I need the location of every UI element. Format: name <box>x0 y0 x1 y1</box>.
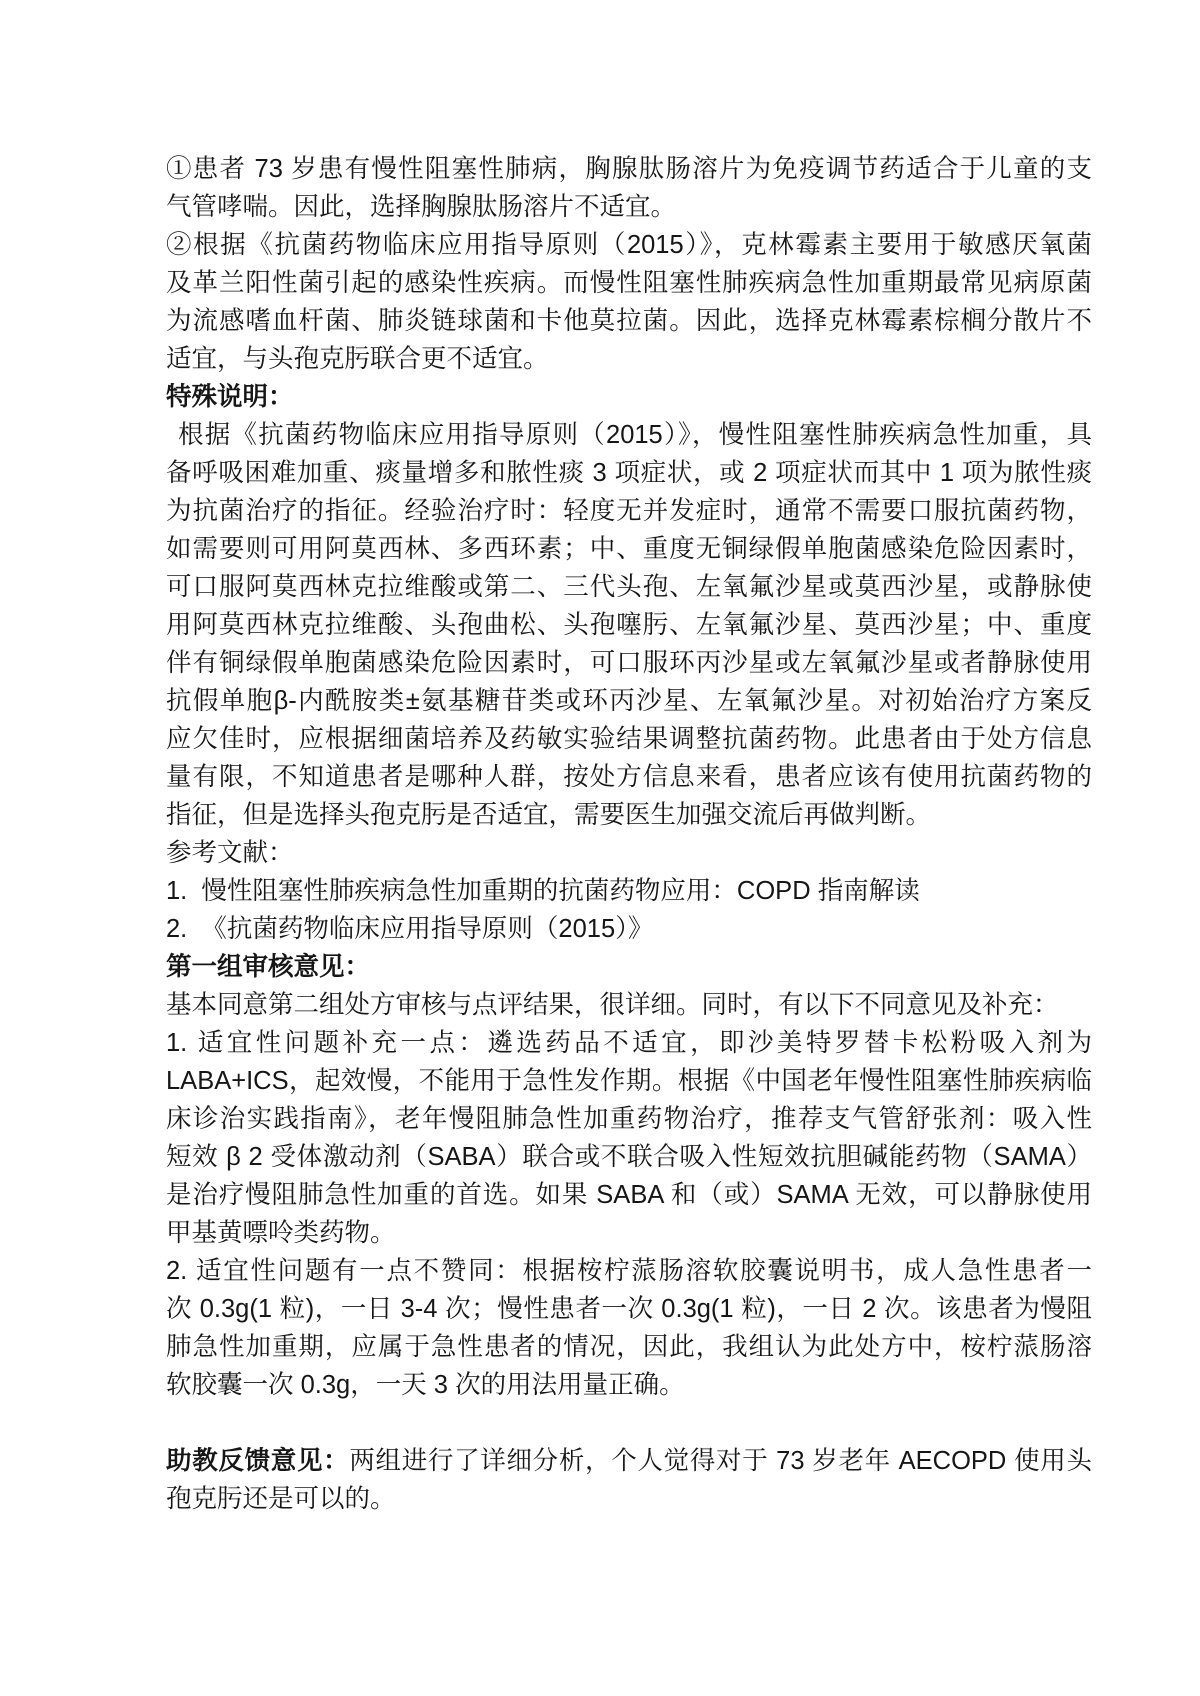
text-line: 软胶囊一次 0.3g，一天 3 次的用法用量正确。 <box>166 1366 1092 1404</box>
text-line: 甲基黄嘌呤类药物。 <box>166 1214 1092 1252</box>
text-segment: 量有限，不知道患者是哪种人群，按处方信息来看，患者应该有使用抗菌药物的 <box>166 763 1092 791</box>
document-text-block: ①患者 73 岁患有慢性阻塞性肺病，胸腺肽肠溶片为免疫调节药适合于儿童的支气管哮… <box>166 150 1092 1518</box>
text-line: 次 0.3g(1 粒)，一日 3-4 次；慢性患者一次 0.3g(1 粒)，一日… <box>166 1290 1092 1328</box>
text-segment: 孢克肟还是可以的。 <box>166 1485 396 1513</box>
text-line: 助教反馈意见：两组进行了详细分析，个人觉得对于 73 岁老年 AECOPD 使用… <box>166 1442 1092 1480</box>
text-line: ②根据《抗菌药物临床应用指导原则（2015）》，克林霉素主要用于敏感厌氧菌 <box>166 226 1092 264</box>
text-line: 参考文献： <box>166 834 1092 872</box>
text-line: 床诊治实践指南》，老年慢阻肺急性加重药物治疗，推荐支气管舒张剂：吸入性 <box>166 1100 1092 1138</box>
text-line: 特殊说明： <box>166 378 1092 416</box>
text-line: 气管哮喘。因此，选择胸腺肽肠溶片不适宜。 <box>166 188 1092 226</box>
text-segment: 是治疗慢阻肺急性加重的首选。如果 SABA 和（或）SAMA 无效，可以静脉使用 <box>166 1181 1092 1209</box>
text-line: ①患者 73 岁患有慢性阻塞性肺病，胸腺肽肠溶片为免疫调节药适合于儿童的支 <box>166 150 1092 188</box>
text-segment: 伴有铜绿假单胞菌感染危险因素时，可口服环丙沙星或左氧氟沙星或者静脉使用 <box>166 649 1092 677</box>
text-segment: 1. 适宜性问题补充一点：遴选药品不适宜，即沙美特罗替卡松粉吸入剂为 <box>166 1029 1092 1057</box>
text-line: 肺急性加重期，应属于急性患者的情况，因此，我组认为此处方中，桉柠蒎肠溶 <box>166 1328 1092 1366</box>
text-line: 短效 β 2 受体激动剂（SABA）联合或不联合吸入性短效抗胆碱能药物（SAMA… <box>166 1138 1092 1176</box>
text-line: 为流感嗜血杆菌、肺炎链球菌和卡他莫拉菌。因此，选择克林霉素棕榈分散片不 <box>166 302 1092 340</box>
text-segment: 甲基黄嘌呤类药物。 <box>166 1219 396 1247</box>
text-line: LABA+ICS，起效慢，不能用于急性发作期。根据《中国老年慢性阻塞性肺疾病临 <box>166 1062 1092 1100</box>
text-segment: 1. 慢性阻塞性肺疾病急性加重期的抗菌药物应用：COPD 指南解读 <box>166 877 920 905</box>
text-line: 根据《抗菌药物临床应用指导原则（2015）》，慢性阻塞性肺疾病急性加重，具 <box>166 416 1092 454</box>
document-page: ①患者 73 岁患有慢性阻塞性肺病，胸腺肽肠溶片为免疫调节药适合于儿童的支气管哮… <box>0 0 1200 1696</box>
text-line: 1. 慢性阻塞性肺疾病急性加重期的抗菌药物应用：COPD 指南解读 <box>166 872 1092 910</box>
text-segment: 应欠佳时，应根据细菌培养及药敏实验结果调整抗菌药物。此患者由于处方信息 <box>166 725 1092 753</box>
text-line: 备呼吸困难加重、痰量增多和脓性痰 3 项症状，或 2 项症状而其中 1 项为脓性… <box>166 454 1092 492</box>
text-segment: 两组进行了详细分析，个人觉得对于 73 岁老年 AECOPD 使用头 <box>349 1447 1092 1475</box>
text-segment: 短效 β 2 受体激动剂（SABA）联合或不联合吸入性短效抗胆碱能药物（SAMA… <box>166 1143 1092 1171</box>
text-line: 1. 适宜性问题补充一点：遴选药品不适宜，即沙美特罗替卡松粉吸入剂为 <box>166 1024 1092 1062</box>
text-line: 及革兰阳性菌引起的感染性疾病。而慢性阻塞性肺疾病急性加重期最常见病原菌 <box>166 264 1092 302</box>
text-segment: 基本同意第二组处方审核与点评结果，很详细。同时，有以下不同意见及补充： <box>166 991 1059 1019</box>
text-segment: 适宜，与头孢克肟联合更不适宜。 <box>166 345 549 373</box>
text-line: 量有限，不知道患者是哪种人群，按处方信息来看，患者应该有使用抗菌药物的 <box>166 758 1092 796</box>
text-segment: ①患者 73 岁患有慢性阻塞性肺病，胸腺肽肠溶片为免疫调节药适合于儿童的支 <box>166 155 1092 183</box>
text-line: 第一组审核意见： <box>166 948 1092 986</box>
text-segment: 次 0.3g(1 粒)，一日 3-4 次；慢性患者一次 0.3g(1 粒)，一日… <box>166 1295 1092 1323</box>
text-segment: 2. 适宜性问题有一点不赞同：根据桉柠蒎肠溶软胶囊说明书，成人急性患者一 <box>166 1257 1092 1285</box>
text-line: 可口服阿莫西林克拉维酸或第二、三代头孢、左氧氟沙星或莫西沙星，或静脉使 <box>166 568 1092 606</box>
text-line: 孢克肟还是可以的。 <box>166 1480 1092 1518</box>
text-line: 基本同意第二组处方审核与点评结果，很详细。同时，有以下不同意见及补充： <box>166 986 1092 1024</box>
text-segment: 床诊治实践指南》，老年慢阻肺急性加重药物治疗，推荐支气管舒张剂：吸入性 <box>166 1105 1092 1133</box>
text-segment: 可口服阿莫西林克拉维酸或第二、三代头孢、左氧氟沙星或莫西沙星，或静脉使 <box>166 573 1092 601</box>
text-segment: ②根据《抗菌药物临床应用指导原则（2015）》，克林霉素主要用于敏感厌氧菌 <box>166 231 1092 259</box>
text-line: 用阿莫西林克拉维酸、头孢曲松、头孢噻肟、左氧氟沙星、莫西沙星；中、重度 <box>166 606 1092 644</box>
text-segment: 指征，但是选择头孢克肟是否适宜，需要医生加强交流后再做判断。 <box>166 801 931 829</box>
text-segment: 气管哮喘。因此，选择胸腺肽肠溶片不适宜。 <box>166 193 676 221</box>
text-segment: 为流感嗜血杆菌、肺炎链球菌和卡他莫拉菌。因此，选择克林霉素棕榈分散片不 <box>166 307 1092 335</box>
text-line: 抗假单胞β-内酰胺类±氨基糖苷类或环丙沙星、左氧氟沙星。对初始治疗方案反 <box>166 682 1092 720</box>
bold-text-segment: 助教反馈意见： <box>166 1447 349 1475</box>
text-segment: 如需要则可用阿莫西林、多西环素；中、重度无铜绿假单胞菌感染危险因素时， <box>166 535 1092 563</box>
text-segment: 参考文献： <box>166 839 294 867</box>
text-line: 2. 适宜性问题有一点不赞同：根据桉柠蒎肠溶软胶囊说明书，成人急性患者一 <box>166 1252 1092 1290</box>
text-segment: 肺急性加重期，应属于急性患者的情况，因此，我组认为此处方中，桉柠蒎肠溶 <box>166 1333 1092 1361</box>
text-segment: 抗假单胞β-内酰胺类±氨基糖苷类或环丙沙星、左氧氟沙星。对初始治疗方案反 <box>166 687 1092 715</box>
text-line: 应欠佳时，应根据细菌培养及药敏实验结果调整抗菌药物。此患者由于处方信息 <box>166 720 1092 758</box>
text-line: 适宜，与头孢克肟联合更不适宜。 <box>166 340 1092 378</box>
text-segment: 为抗菌治疗的指征。经验治疗时：轻度无并发症时，通常不需要口服抗菌药物， <box>166 497 1092 525</box>
text-segment: LABA+ICS，起效慢，不能用于急性发作期。根据《中国老年慢性阻塞性肺疾病临 <box>166 1067 1092 1095</box>
blank-line <box>166 1404 1092 1442</box>
text-line: 2. 《抗菌药物临床应用指导原则（2015）》 <box>166 910 1092 948</box>
text-segment: 及革兰阳性菌引起的感染性疾病。而慢性阻塞性肺疾病急性加重期最常见病原菌 <box>166 269 1092 297</box>
text-line: 是治疗慢阻肺急性加重的首选。如果 SABA 和（或）SAMA 无效，可以静脉使用 <box>166 1176 1092 1214</box>
text-segment: 用阿莫西林克拉维酸、头孢曲松、头孢噻肟、左氧氟沙星、莫西沙星；中、重度 <box>166 611 1092 639</box>
text-segment: 软胶囊一次 0.3g，一天 3 次的用法用量正确。 <box>166 1371 685 1399</box>
text-segment: 根据《抗菌药物临床应用指导原则（2015）》，慢性阻塞性肺疾病急性加重，具 <box>178 421 1092 449</box>
text-line: 伴有铜绿假单胞菌感染危险因素时，可口服环丙沙星或左氧氟沙星或者静脉使用 <box>166 644 1092 682</box>
text-segment: 2. 《抗菌药物临床应用指导原则（2015）》 <box>166 915 653 943</box>
text-segment: 备呼吸困难加重、痰量增多和脓性痰 3 项症状，或 2 项症状而其中 1 项为脓性… <box>166 459 1092 487</box>
bold-text-segment: 特殊说明： <box>166 383 294 411</box>
text-line: 指征，但是选择头孢克肟是否适宜，需要医生加强交流后再做判断。 <box>166 796 1092 834</box>
text-line: 如需要则可用阿莫西林、多西环素；中、重度无铜绿假单胞菌感染危险因素时， <box>166 530 1092 568</box>
text-line: 为抗菌治疗的指征。经验治疗时：轻度无并发症时，通常不需要口服抗菌药物， <box>166 492 1092 530</box>
bold-text-segment: 第一组审核意见： <box>166 953 370 981</box>
